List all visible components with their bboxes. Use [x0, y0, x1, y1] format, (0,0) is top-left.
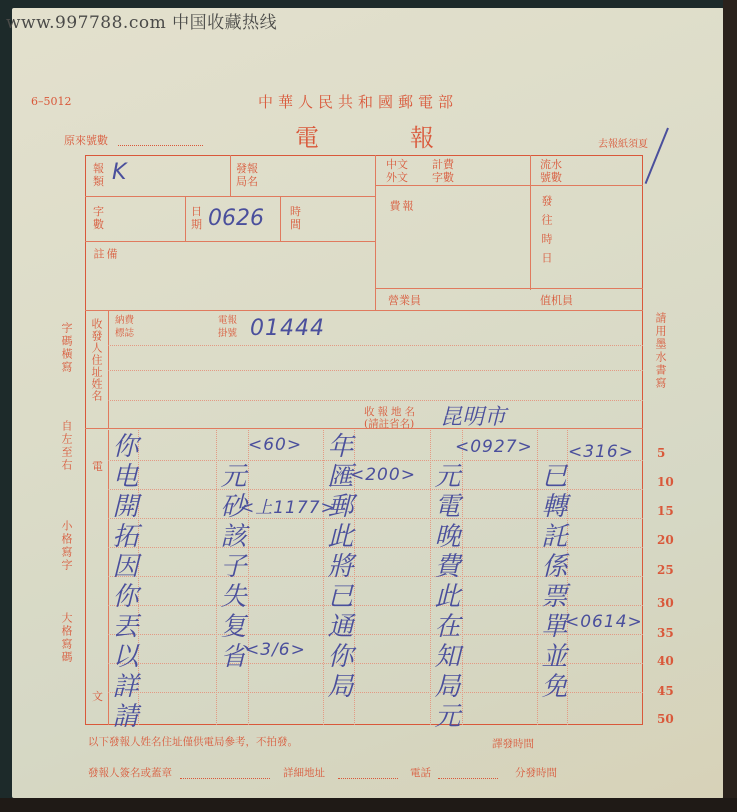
row-counter-20: 20 [657, 533, 674, 547]
scan-edge-right [723, 0, 737, 812]
divider [375, 155, 376, 310]
report-type-value[interactable]: K [112, 160, 126, 185]
footer-notice: 以下發報人姓名住址僅供電局參考，不拍發。 [88, 734, 298, 749]
codename-value[interactable]: 01444 [250, 316, 325, 341]
codename-label: 電報掛號 [218, 314, 242, 340]
address-label: 詳細地址 [283, 765, 325, 780]
origin-office-label: 發報局名 [236, 162, 262, 188]
grid-col [462, 430, 463, 725]
message-column-4[interactable]: 元電晚費此在知局元 [430, 462, 460, 732]
dispatch-time-label: 分發時間 [515, 765, 557, 780]
code-60[interactable]: <60> [248, 435, 302, 455]
row-counter-5: 5 [657, 446, 665, 460]
row-counter-30: 30 [657, 596, 674, 610]
divider [530, 155, 531, 290]
row-counter-50: 50 [657, 712, 674, 726]
outgoing-note: 去報紙須夏 [598, 135, 648, 150]
message-label-top: 電 [92, 460, 103, 473]
destination-value[interactable]: 昆明市 [440, 400, 506, 431]
fee-label: 報費 [388, 200, 414, 280]
address-field[interactable] [338, 778, 398, 779]
side-note-2: 自左至右 [60, 420, 73, 480]
phone-label: 電話 [410, 765, 431, 780]
sender-label: 發報人簽名或蓋章 [88, 765, 172, 780]
code-316[interactable]: <316> [568, 442, 634, 462]
row-counter-40: 40 [657, 654, 674, 668]
char-type-label: 中文外文 [386, 158, 412, 184]
message-column-3[interactable]: 年匯郵此將已通你局 [323, 432, 353, 702]
word-count-label: 字數 [93, 205, 105, 231]
grid-col [138, 430, 139, 725]
side-note-3: 小格寫字 [60, 520, 73, 580]
original-count-label: 原來號數 [64, 132, 108, 148]
billing-count-label: 計費字數 [432, 158, 458, 184]
date-label: 日期 [191, 205, 203, 231]
divider [108, 310, 109, 428]
original-count-field[interactable] [118, 145, 203, 146]
divider [185, 196, 186, 241]
code-0614[interactable]: <0614> [565, 612, 643, 632]
code-200[interactable]: <200> [350, 465, 416, 485]
fee-mark-label: 納費標誌 [115, 314, 139, 340]
translate-time-label: 譯發時間 [492, 736, 534, 751]
serial-label: 流水號數 [540, 158, 566, 184]
grid-col [567, 430, 568, 725]
row-counter-35: 35 [657, 626, 674, 640]
clerk-label: 營業員 [388, 294, 421, 307]
title-right: 報 [410, 118, 434, 153]
destination-note: (請註省名) [364, 418, 414, 431]
title-left: 電 [295, 118, 319, 153]
message-label-bottom: 文 [92, 690, 103, 703]
send-time-label: 發往時日 [540, 195, 553, 285]
side-note-4: 大格寫碼 [60, 612, 73, 672]
ministry-title: 中華人民共和國郵電部 [258, 91, 458, 112]
address-line [108, 370, 643, 371]
divider [85, 310, 643, 311]
phone-field[interactable] [438, 778, 498, 779]
grid-col [248, 430, 249, 725]
time-label: 時間 [290, 205, 302, 231]
message-column-1[interactable]: 你电開拓因你丟以詳請 [108, 432, 138, 732]
scan-edge-bottom [0, 798, 737, 812]
row-counter-25: 25 [657, 563, 674, 577]
row-counter-45: 45 [657, 684, 674, 698]
divider [85, 241, 375, 242]
side-note-1: 字碼橫寫 [60, 322, 73, 382]
message-column-5[interactable]: 已轉託係票單並免 [537, 462, 567, 702]
remarks-label: 備註 [92, 248, 118, 308]
form-number: 6–5012 [31, 95, 72, 108]
code-1177[interactable]: <上1177> [240, 493, 336, 518]
code-3-6[interactable]: <3/6> [245, 640, 306, 660]
divider [375, 288, 643, 289]
code-0927[interactable]: <0927> [455, 437, 533, 457]
report-type-label: 報類 [93, 162, 105, 188]
divider [230, 155, 231, 196]
row-counter-15: 15 [657, 504, 674, 518]
address-line [108, 345, 643, 346]
sender-field[interactable] [180, 778, 270, 779]
divider [375, 185, 643, 186]
address-line [108, 400, 643, 401]
divider [85, 196, 375, 197]
grid-row [108, 460, 643, 461]
operator-label: 值机員 [540, 294, 573, 307]
row-counter-10: 10 [657, 475, 674, 489]
side-note-right: 請用墨水書寫 [654, 312, 667, 402]
date-value[interactable]: 0626 [208, 206, 264, 231]
watermark: www.997788.com 中国收藏热线 [6, 8, 277, 33]
divider [280, 196, 281, 241]
recipient-label: 收發人住址姓名 [90, 318, 103, 423]
